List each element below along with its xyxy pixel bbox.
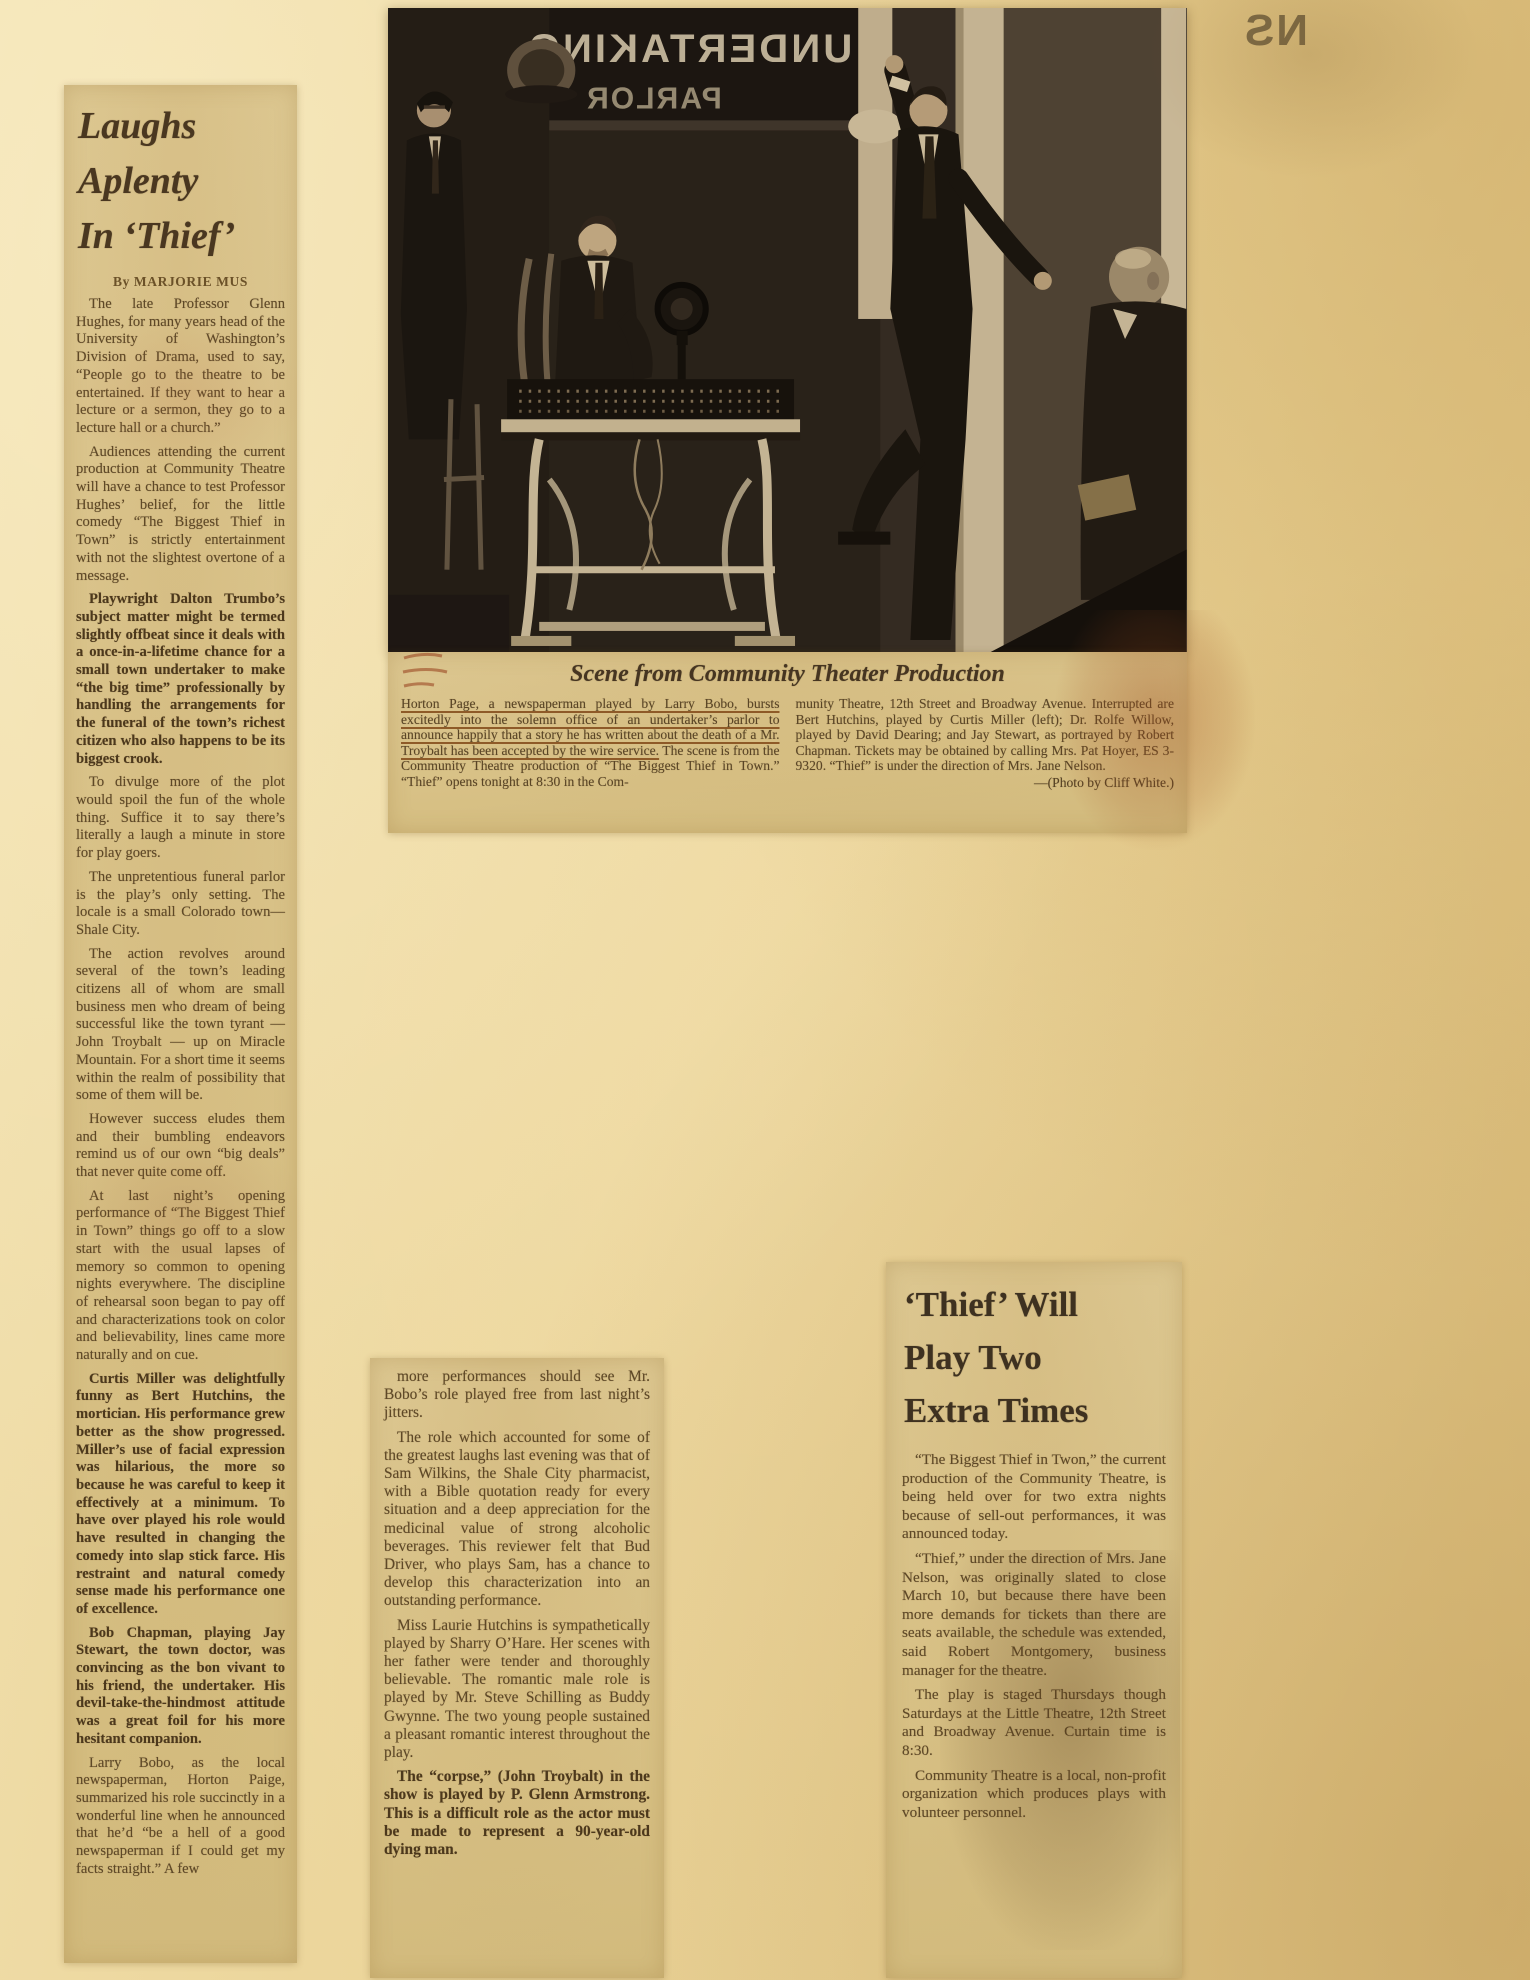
- left-article-headline: Laughs Aplenty In ‘Thief’: [78, 99, 285, 264]
- theater-photo: UNDERTAKING PARLOR: [388, 8, 1187, 652]
- paragraph: Bob Chapman, playing Jay Stewart, the to…: [76, 1625, 285, 1749]
- mirrored-letters-fragment: NS: [1188, 6, 1308, 66]
- sepia-overlay: [389, 8, 1186, 652]
- headline-line-1: Laughs: [78, 99, 285, 154]
- headline-line-1: ‘Thief’ Will: [904, 1278, 1166, 1331]
- paragraph: The “corpse,” (John Troybalt) in the sho…: [384, 1768, 650, 1859]
- photo-illustration: UNDERTAKING PARLOR: [388, 8, 1187, 652]
- paragraph: “Thief,” under the direction of Mrs. Jan…: [902, 1550, 1166, 1680]
- byline: By MARJORIE MUS: [76, 274, 285, 290]
- handwritten-marks: [398, 648, 488, 694]
- paragraph: Curtis Miller was delightfully funny as …: [76, 1371, 285, 1619]
- middle-article-clipping: more performances should see Mr. Bobo’s …: [370, 1358, 664, 1978]
- caption-left-column: Horton Page, a newspaperman played by La…: [401, 696, 780, 791]
- caption-right-column: munity Theatre, 12th Street and Broadway…: [796, 696, 1175, 791]
- paragraph: Community Theatre is a local, non-profit…: [902, 1767, 1166, 1823]
- paragraph: To divulge more of the plot would spoil …: [76, 774, 285, 863]
- paragraph: “The Biggest Thief in Twon,” the current…: [902, 1451, 1166, 1544]
- paragraph: The play is staged Thursdays though Satu…: [902, 1686, 1166, 1760]
- scrapbook-page: NS Laughs Aplenty In ‘Thief’ By MARJORIE…: [0, 0, 1530, 1980]
- caption-text: munity Theatre, 12th Street and Broadway…: [796, 696, 1175, 773]
- left-article-body: The late Professor Glenn Hughes, for man…: [76, 296, 285, 1878]
- middle-article-body: more performances should see Mr. Bobo’s …: [384, 1368, 650, 1859]
- photo-caption-clipping: Scene from Community Theater Production …: [388, 652, 1187, 833]
- caption-title: Scene from Community Theater Production: [401, 659, 1174, 689]
- right-article-clipping: ‘Thief’ Will Play Two Extra Times “The B…: [886, 1262, 1182, 1978]
- paragraph: Audiences attending the current producti…: [76, 444, 285, 586]
- paragraph: Larry Bobo, as the local newspaperman, H…: [76, 1755, 285, 1879]
- headline-line-3: Extra Times: [904, 1384, 1166, 1437]
- headline-line-2: Aplenty: [78, 154, 285, 209]
- left-article-clipping: Laughs Aplenty In ‘Thief’ By MARJORIE MU…: [64, 85, 297, 1963]
- headline-line-2: Play Two: [904, 1331, 1166, 1384]
- right-article-headline: ‘Thief’ Will Play Two Extra Times: [904, 1278, 1166, 1437]
- paragraph: Miss Laurie Hutchins is sympathetically …: [384, 1617, 650, 1763]
- right-article-body: “The Biggest Thief in Twon,” the current…: [902, 1451, 1166, 1822]
- paragraph: However success eludes them and their bu…: [76, 1111, 285, 1182]
- photo-credit: —(Photo by Cliff White.): [796, 775, 1175, 791]
- paragraph: The late Professor Glenn Hughes, for man…: [76, 296, 285, 438]
- paragraph: The role which accounted for some of the…: [384, 1429, 650, 1611]
- paragraph: The unpretentious funeral parlor is the …: [76, 869, 285, 940]
- paragraph: Playwright Dalton Trumbo’s subject matte…: [76, 591, 285, 768]
- headline-line-3: In ‘Thief’: [78, 209, 285, 264]
- paragraph: The action revolves around several of th…: [76, 946, 285, 1105]
- paragraph: more performances should see Mr. Bobo’s …: [384, 1368, 650, 1423]
- paragraph: At last night’s opening performance of “…: [76, 1188, 285, 1365]
